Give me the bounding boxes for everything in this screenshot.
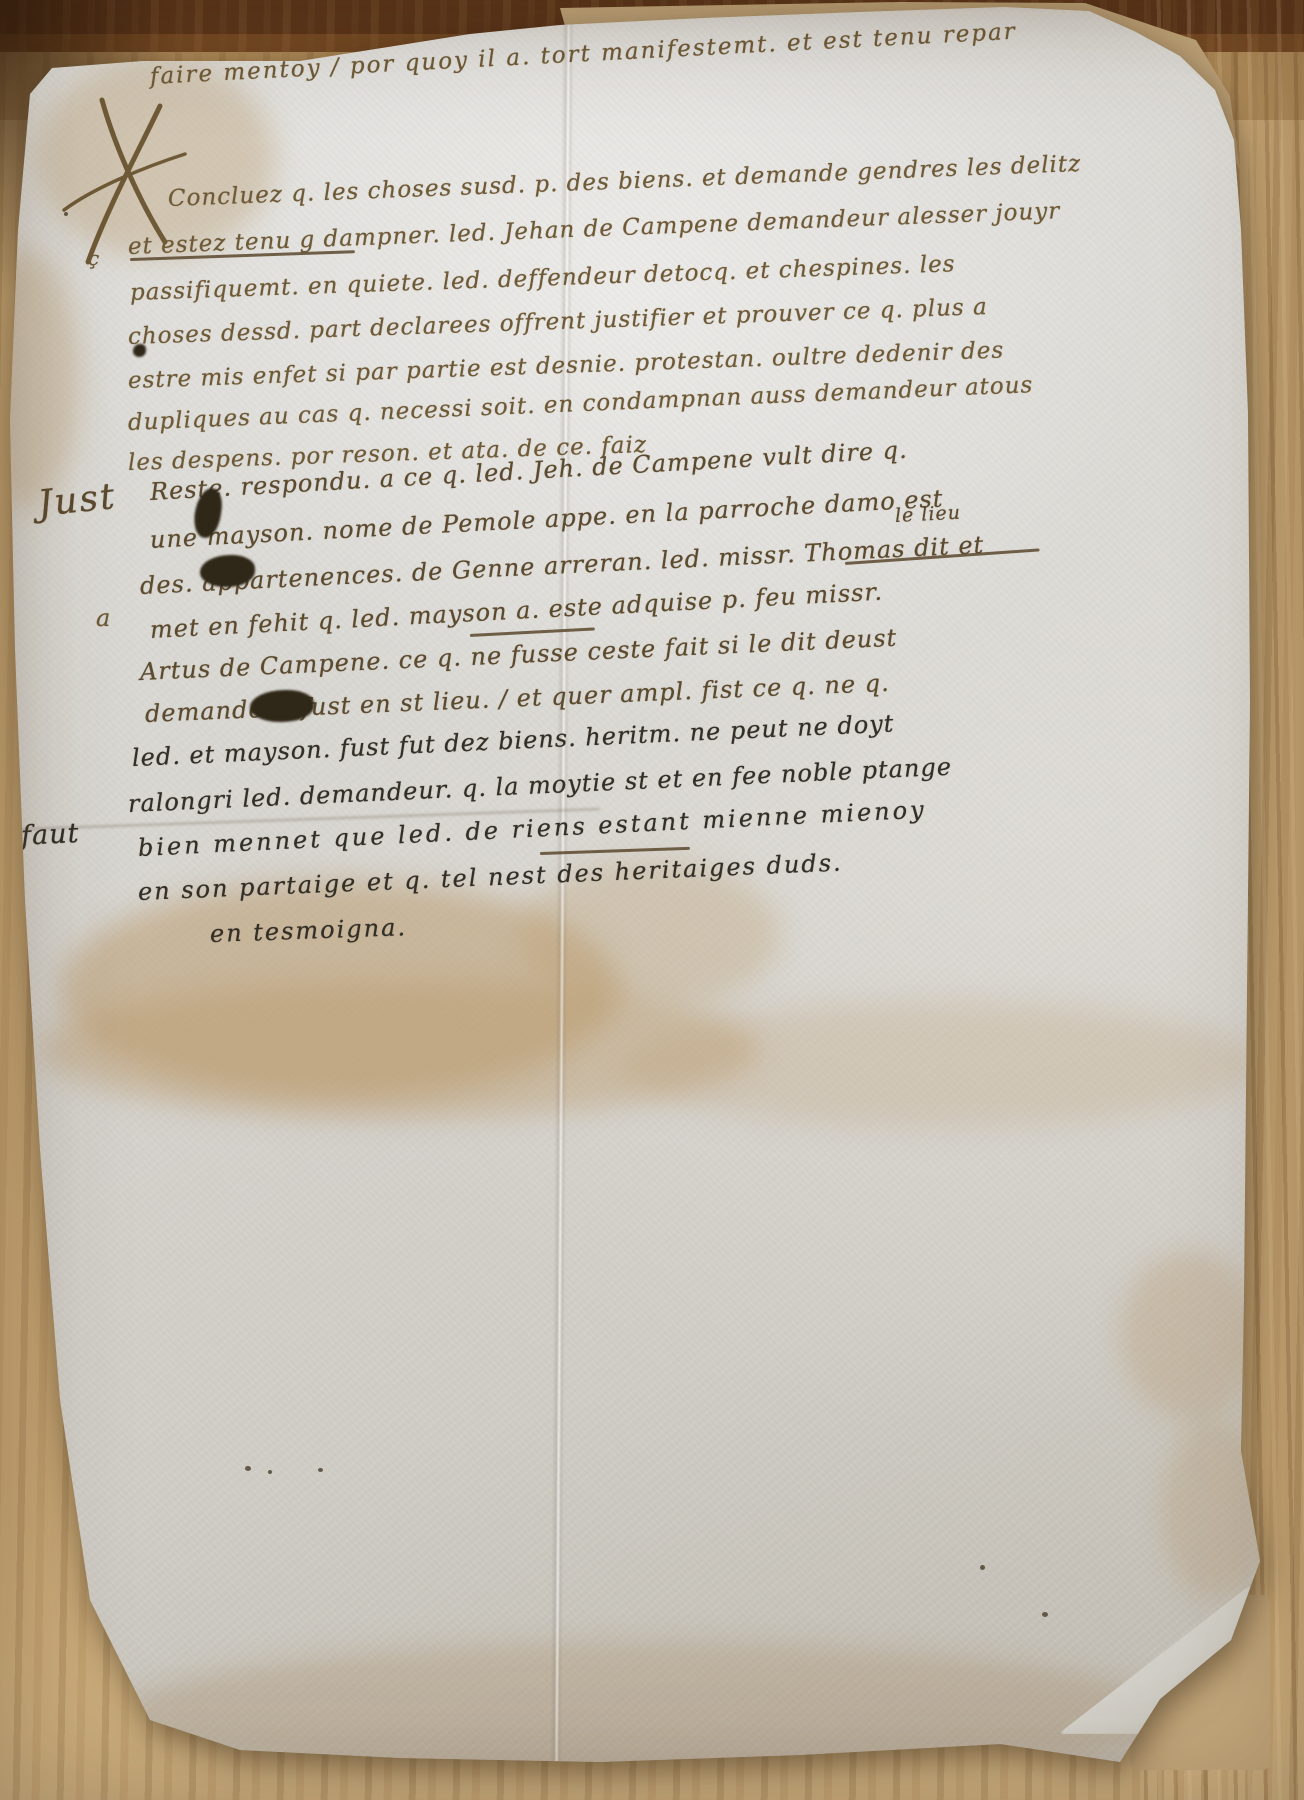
manuscript-line: dupliques au cas q. necessi soit. en con… (127, 372, 1033, 436)
manuscript-line: Concluez q. les choses susd. p. des bien… (168, 151, 1082, 212)
manuscript-line: passifiquemt. en quiete. led. deffendeur… (130, 251, 956, 306)
ink-blot (133, 344, 146, 357)
manuscript-line: des. appartenences. de Genne arreran. le… (139, 531, 985, 600)
margin-mark: ç (88, 246, 100, 270)
strikethrough (470, 627, 595, 637)
manuscript-line: ralongri led. demandeur. q. la moytie st… (127, 753, 952, 818)
water-stain-band (620, 1000, 1260, 1130)
manuscript-line: choses dessd. part declarees offrent jus… (128, 294, 989, 350)
speck (1042, 1612, 1048, 1617)
ink-blot (250, 690, 314, 722)
manuscript-line: en tesmoigna. (210, 913, 408, 948)
manuscript-line: faire mentoy / por quoy il a. tort manif… (149, 19, 1017, 90)
manuscript-line: demandeur fust en st lieu. / et quer amp… (144, 669, 890, 728)
manuscript-line: bien mennet que led. de riens estant mie… (137, 795, 927, 862)
stain-left-edge (0, 250, 80, 510)
strikethrough (540, 847, 690, 855)
margin-note-just: Just (36, 476, 118, 525)
manuscript-line: Reste. respondu. a ce q. led. Jeh. de Ca… (149, 436, 908, 506)
strikethrough (845, 548, 1040, 565)
ink-blot (192, 486, 225, 539)
speck (268, 1470, 272, 1474)
manuscript-line: les despens. por reson. et ata. de ce. f… (128, 432, 648, 476)
dog-ear-corner (1058, 1582, 1254, 1734)
manuscript-line: une mayson. nome de Pemole appe. en la p… (149, 484, 944, 554)
stain-top-left (36, 58, 276, 258)
speck (980, 1565, 985, 1570)
manuscript-page: faire mentoy / por quoy il a. tort manif… (0, 0, 1304, 1800)
stain-center (520, 860, 780, 1010)
strikethrough (130, 250, 355, 261)
margin-cross-mark (60, 92, 190, 272)
manuscript-line: met en fehit q. led. mayson a. este adqu… (149, 578, 883, 644)
stain-right-mid (1120, 1250, 1260, 1420)
speck (245, 1466, 251, 1471)
speck (318, 1468, 323, 1472)
vertical-fold-crease (550, 10, 574, 1770)
stain-bottom-edge (120, 1640, 1170, 1790)
manuscript-line: en son partaige et q. tel nest des herit… (137, 848, 843, 906)
speck (64, 212, 68, 216)
interlinear-note: le lieu (894, 502, 961, 527)
margin-note-faut: ) faut (0, 818, 80, 853)
manuscript-page-wrap: faire mentoy / por quoy il a. tort manif… (0, 0, 1304, 1800)
water-stain-main-2 (40, 980, 760, 1120)
margin-mark: a (96, 604, 111, 632)
ink-blot (200, 555, 255, 587)
manuscript-line: et estez tenu g dampner. led. Jehan de C… (128, 198, 1061, 260)
manuscript-line: led. et mayson. fust fut dez biens. heri… (131, 709, 895, 772)
manuscript-line: estre mis enfet si par partie est desnie… (128, 337, 1005, 394)
photo-of-manuscript: faire mentoy / por quoy il a. tort manif… (0, 0, 1304, 1800)
stain-right-mid-2 (1160, 1420, 1270, 1600)
water-stain-main (60, 880, 620, 1100)
diagonal-crease (0, 808, 600, 832)
manuscript-line: Artus de Campene. ce q. ne fusse ceste f… (139, 624, 897, 686)
